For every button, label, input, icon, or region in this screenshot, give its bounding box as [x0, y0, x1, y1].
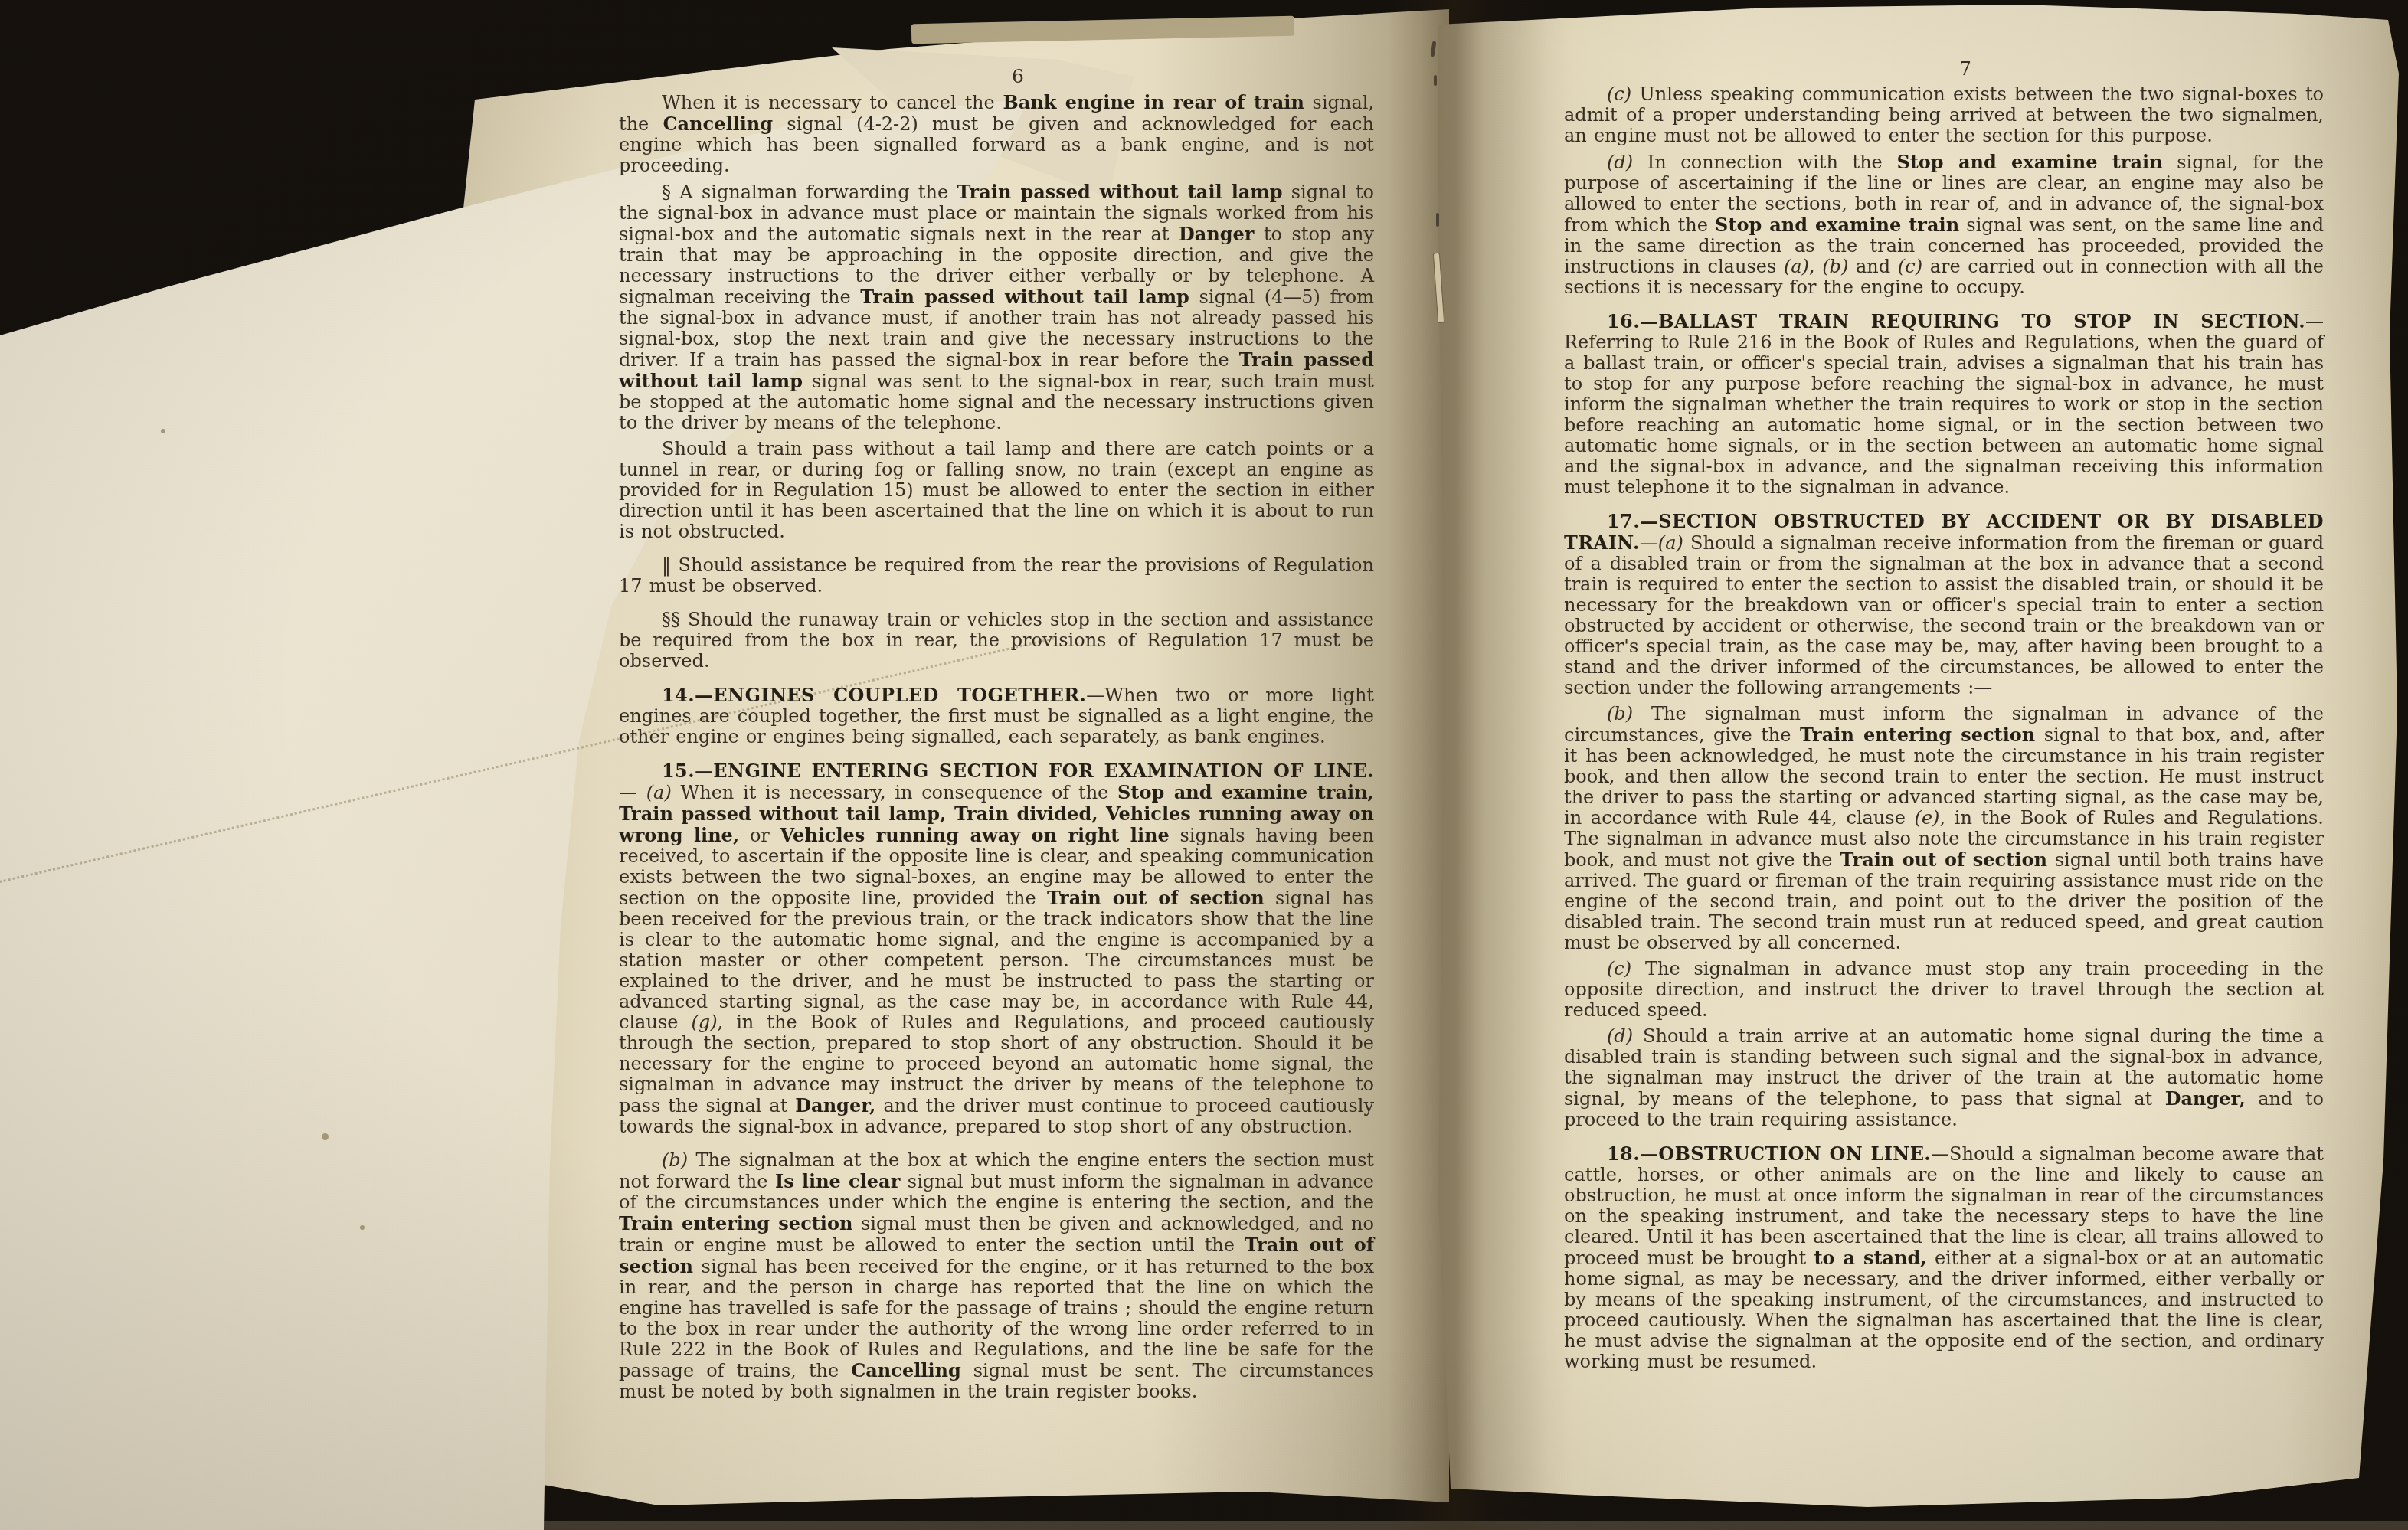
paragraph: 18.—OBSTRUCTION ON LINE.—Should a signal… [1564, 1143, 2324, 1372]
paragraph: (c) Unless speaking communication exists… [1564, 84, 2324, 146]
paragraph: ‖ Should assistance be required from the… [619, 555, 1374, 597]
paragraph: (b) The signalman at the box at which th… [619, 1150, 1374, 1402]
right-page-text-column: 7 (c) Unless speaking communication exis… [1564, 58, 2324, 1378]
paper-speck [360, 1225, 365, 1230]
right-page-paragraphs: (c) Unless speaking communication exists… [1564, 84, 2324, 1372]
left-page-paragraphs: When it is necessary to cancel the Bank … [619, 92, 1374, 1402]
paragraph: § A signalman forwarding the Train passe… [619, 181, 1374, 433]
binding-stitch [1434, 75, 1437, 86]
page-number-left: 6 [619, 66, 1374, 87]
book-photo: 6 When it is necessary to cancel the Ban… [0, 0, 2408, 1530]
paper-speck [161, 429, 165, 433]
paragraph: 14.—ENGINES COUPLED TOGETHER.—When two o… [619, 685, 1374, 747]
left-page-text-column: 6 When it is necessary to cancel the Ban… [619, 66, 1374, 1407]
paragraph: (d) In connection with the Stop and exam… [1564, 152, 2324, 298]
table-edge [475, 1521, 2408, 1530]
binding-stitch [1436, 213, 1439, 227]
paragraph: (d) Should a train arrive at an automati… [1564, 1026, 2324, 1130]
paragraph: (b) The signalman must inform the signal… [1564, 704, 2324, 953]
paper-speck [322, 1133, 329, 1140]
paragraph: (c) The signalman in advance must stop a… [1564, 959, 2324, 1021]
paragraph: 15.—ENGINE ENTERING SECTION FOR EXAMINAT… [619, 760, 1374, 1137]
paragraph: 17.—SECTION OBSTRUCTED BY ACCIDENT OR BY… [1564, 511, 2324, 698]
paragraph: §§ Should the runaway train or vehicles … [619, 610, 1374, 672]
page-number-right: 7 [1564, 58, 2324, 79]
paragraph: When it is necessary to cancel the Bank … [619, 92, 1374, 176]
paragraph: 16.—BALLAST TRAIN REQUIRING TO STOP IN S… [1564, 311, 2324, 498]
paragraph: Should a train pass without a tail lamp … [619, 439, 1374, 542]
